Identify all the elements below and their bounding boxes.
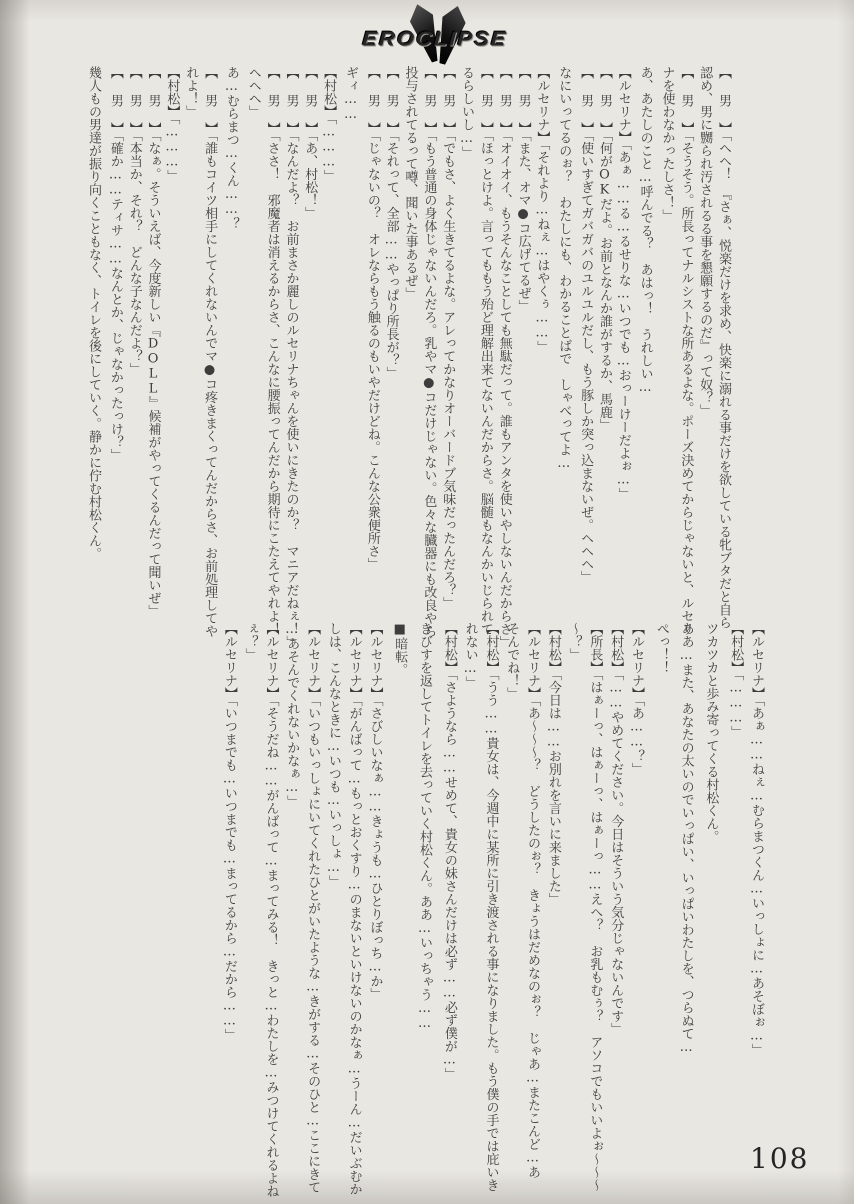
script-line-dialogue: 【ルセリナ】「そうだね……がんばって…まってみる！ きっと…わたしを…みつけてく… [260,622,281,1188]
script-line-continuation: れない…」 [459,622,480,1188]
script-line-dialogue: 【 男 】「もう普通の身体じゃないんだろ。乳やマ●コだけじゃない。色々な臓器にも… [419,66,438,632]
script-line-narration: ツカツカと歩み寄ってくる村松くん。 [700,622,721,1188]
script-line-continuation: れよ！」 [180,66,199,632]
script-line-dialogue: 【ルセリナ】「あ……？」 [625,622,646,1188]
script-line-dialogue: 【 男 】「何がOKだよ。お前となんか誰がするか、馬鹿」 [594,66,613,632]
script-line-dialogue: 【 男 】「なぁ。そういえば、今度新しい『DOLL』候補がやってくるんだって聞い… [143,66,162,632]
script-line-dialogue: 【村松】「……やめてください。今日はそういう気分じゃないんです」 [604,622,625,1188]
scanned-book-page: EROCLIPSE 【 男 】「ヘヘ！ 『さぁ、悦楽だけを求め、快楽に溺れる事だ… [0,0,854,1204]
script-line-continuation: ヘヘヘ」 [243,66,262,632]
script-line-dialogue: 【村松】「………」 [318,66,337,632]
page-number: 108 [750,1142,809,1175]
script-line-dialogue: 【村松】「今日は……お別れを言いに来ました」 [542,622,563,1188]
script-line-narration: あ…むらまつ…くん……？ [221,66,240,632]
script-line-dialogue: 【 男 】「ささ！ 邪魔者は消えるからさ、こんなに腰振ってんだから期待にこたえて… [262,66,281,632]
script-line-dialogue: 【 男 】「使いすぎてガバガバのユルユルだし、もう豚しか突っ込まないぜ。ヘヘヘ」 [575,66,594,632]
eroclipse-logo: EROCLIPSE [330,2,540,66]
script-line-dialogue: 【 男 】「あ、村松！」 [299,66,318,632]
script-line-dialogue: 【 男 】「それって、全部……やっぱり所長が？」 [381,66,400,632]
script-line-dialogue: 【 男 】「本当か、それ？ どんな子なんだよ？」 [124,66,143,632]
script-line-narration: ギィ…… [340,66,359,632]
script-line-dialogue: 【ルセリナ】「さびしいなぁ……きょうも…ひとりぼっち…か」 [364,622,385,1188]
script-line-dialogue: 【所長】「はぁーっ、はぁーっ、はぁーっ……えへ？ お乳もむぅ？ アソコでもいいよ… [584,622,605,1188]
logo-text: EROCLIPSE [329,27,540,51]
script-line-continuation: 投与されてるって噂、聞いた事あるぜ」 [400,66,419,632]
script-line-narration: あ、あたしのこと…呼んでる？ あはっ！ うれしい… [635,66,654,632]
script-line-continuation: 認め、男に嬲られ汚されるる事を懇願するのだ』って奴？」 [694,66,713,632]
script-line-dialogue: 【ルセリナ】「がんばって…もっとおくすり…のまないといけないのかなぁ…うーん…だ… [343,622,364,1188]
script-line-dialogue: 【村松】「………」 [162,66,181,632]
script-line-continuation: そんでね！」 [500,622,521,1188]
script-line-dialogue: 【村松】「うう……貴女は、今週中に某所に引き渡される事になりました。もう僕の手で… [480,622,501,1188]
script-line-dialogue: 【 男 】「ヘヘ！ 『さぁ、悦楽だけを求め、快楽に溺れる事だけを欲している牝ブタ… [713,66,732,632]
script-line-narration: 幾人もの男達が振り向くこともなく、トイレを後にしていく。静かに佇む村松くん。 [83,66,102,632]
script-line-continuation: …あそんでくれないかなぁ…」 [280,622,301,1188]
script-line-dialogue: 【ルセリナ】「いつまでも…いつまでも…まってるから…だから……」 [218,622,239,1188]
script-line-dialogue: 【ルセリナ】「いつもいっしょにいてくれたひとがいたような…きがする…そのひと…こ… [301,622,322,1188]
script-line-continuation: るらしいし…」 [456,66,475,632]
script-line-dialogue: 【ルセリナ】「あぁ……る…るせりな…いつでも…おっーけーだよぉ…」 [613,66,632,632]
script-line-narration: きびすを返してトイレを去っていく村松くん。ああ…いっちゃう…… [413,622,434,1188]
script-line-dialogue: 【 男 】「誰もコイツ相手にしてくれないんでマ●コ疼きまくってんだからさ、お前処… [199,66,218,632]
script-line-dialogue: 【ルセリナ】「それより…ねぇ…はやくぅ……」 [532,66,551,632]
script-line-dialogue: 【 男 】「なんだよ？ お前まさか麗しのルセリナちゃんを使いにきたのか？ マニア… [281,66,300,632]
script-line-dialogue: 【 男 】「また、オマ●コ広げてるぜ」 [513,66,532,632]
script-line-dialogue: 【村松】「………」 [724,622,745,1188]
script-line-narration: なにいってるのぉ？ わたしにも、わかることばで しゃべってよ… [553,66,572,632]
script-block-bottom: 【ルセリナ】「あぁ……ねぇ…むらまつくん…いっしょに…あそぼぉ…」【村松】「……… [218,622,766,1188]
script-line-dialogue: 【 男 】「そうそう。所長ってナルシストな所あるよな。ポーズ決めてからじゃないと… [675,66,694,632]
script-line-continuation: ぇ？」 [239,622,260,1188]
script-line-continuation: ～？」 [563,622,584,1188]
script-line-dialogue: 【 男 】「でもさ、よく生きてるよな。アレってかなりオーバードブ気味だったんだろ… [437,66,456,632]
script-line-dialogue: 【 男 】「オイオイ、もうそんなことしても無駄だって。誰もアンタを使いやしないん… [494,66,513,632]
script-line-dialogue: 【 男 】「じゃないの？ オレならもう触るのもいやだけどね。こんな公衆便所さ」 [362,66,381,632]
script-line-dialogue: 【 男 】「ほっとけよ。言ってももう殆ど理解出来てないんだからさ。脳髄もなんかい… [475,66,494,632]
script-line-dialogue: 【 男 】「確か……ティサ……なんとか、じゃなかったっけ？」 [105,66,124,632]
script-line-dialogue: 【ルセリナ】「あ～～～？ どうしたのぉ？ きょうはだめなのぉ？ じゃあ…またこん… [521,622,542,1188]
script-line-dialogue: 【ルセリナ】「あぁ……ねぇ…むらまつくん…いっしょに…あそぼぉ…」 [745,622,766,1188]
script-block-top: 【 男 】「ヘヘ！ 『さぁ、悦楽だけを求め、快楽に溺れる事だけを欲している牝ブタ… [80,66,732,632]
script-line-narration: ああ…また、あなたの太いのでいっぱい、いっぱいわたしを、つらぬて… [675,622,696,1188]
script-line-continuation: ナを使わなかったしさ！」 [657,66,676,632]
script-line-narration: ぺっ！！ [650,622,671,1188]
script-line-continuation: しは、こんなときに…いつも…いっしょ…」 [322,622,343,1188]
script-line-stage: ■暗転。 [388,622,409,1188]
script-line-dialogue: 【村松】「さようなら……せめて、貴女の妹さんだけは必ず……必ず僕が…」 [438,622,459,1188]
